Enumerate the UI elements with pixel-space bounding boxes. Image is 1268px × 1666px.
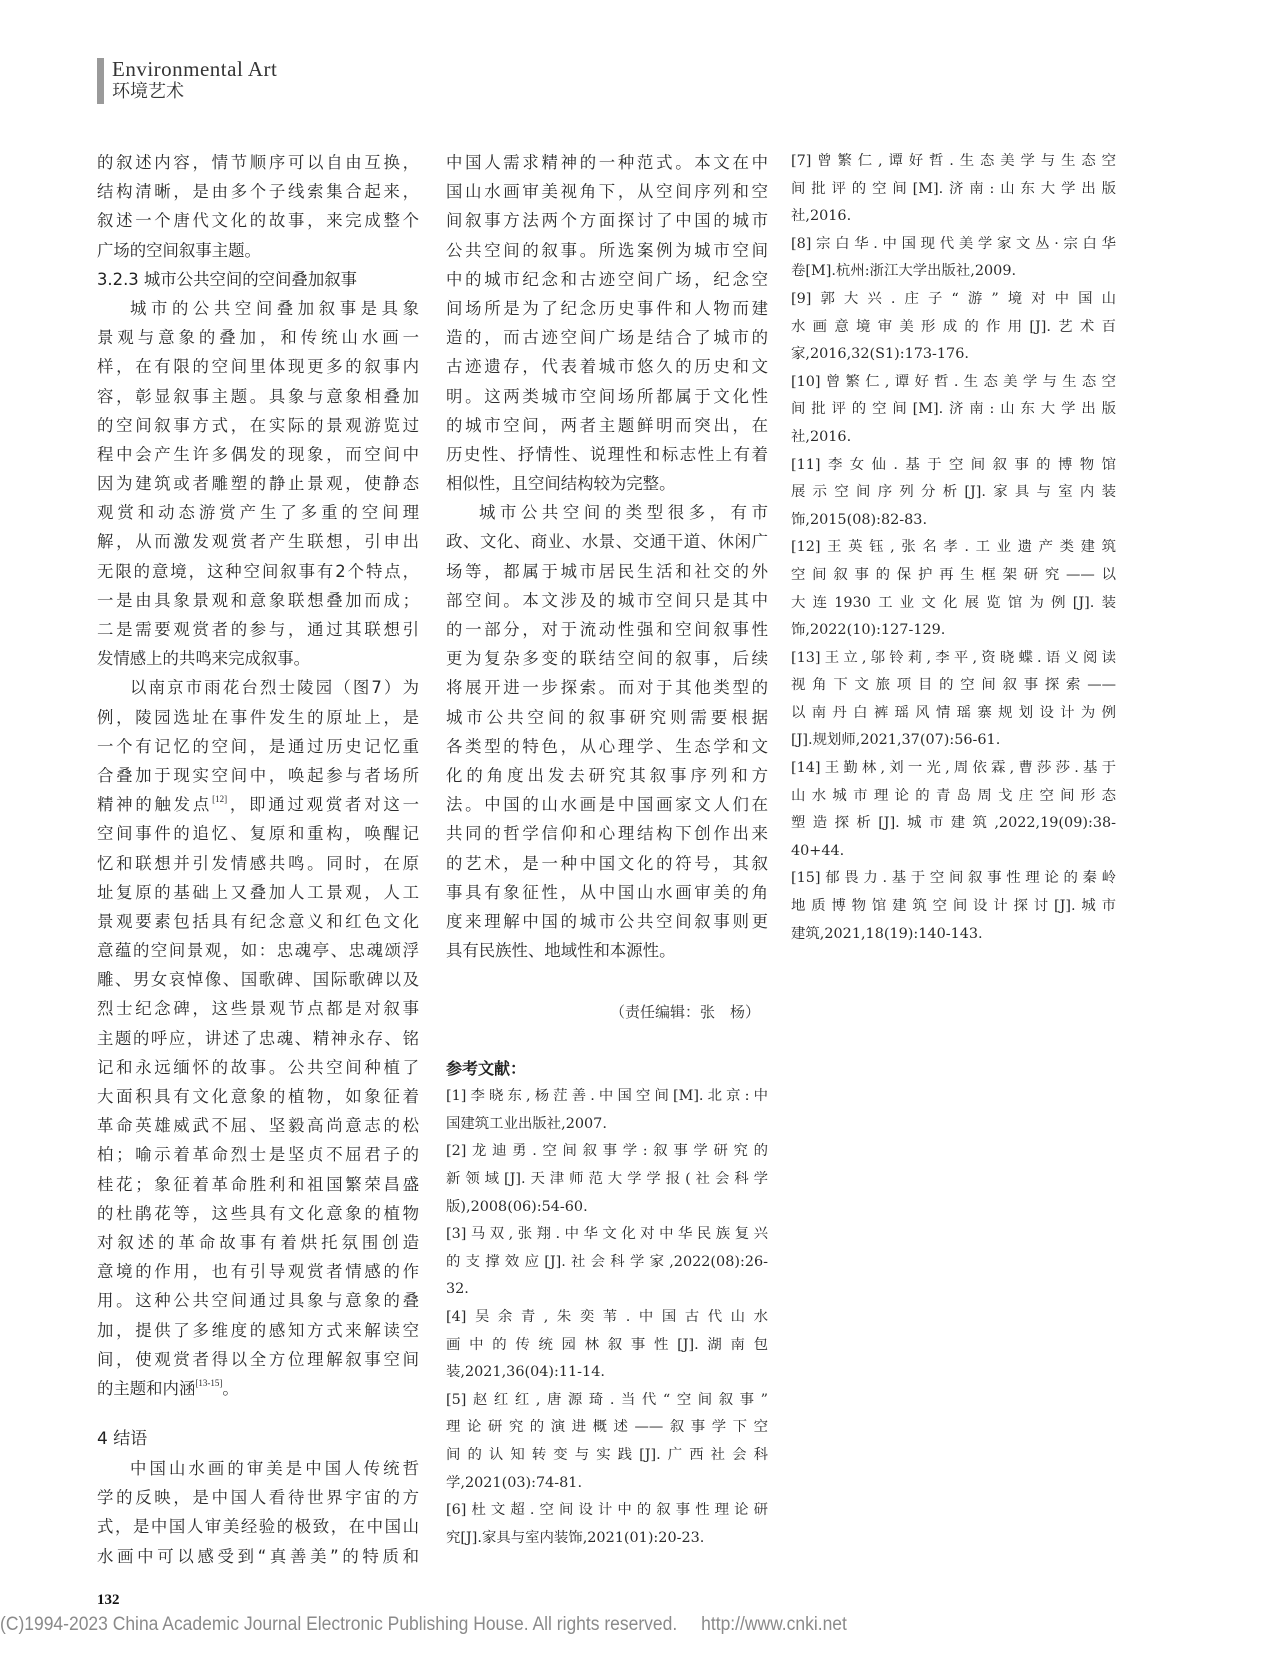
citation-link[interactable]: [12] [212,794,227,804]
text-line: 叙述一个唐代文化的故事，来完成整个 [97,206,419,235]
text-line: 造的，而古迹空间广场是结合了城市的 [446,323,768,352]
reference-line: 建筑,2021,18(19):140-143. [791,921,1116,949]
column-left: 的叙述内容，情节顺序可以自由互换， 结构清晰，是由多个子线索集合起来， 叙述一个… [97,148,419,1571]
text-line: 更为复杂多变的联结空间的叙事，后续 [446,644,768,673]
reference-line: 究[J].家具与室内装饰,2021(01):20-23. [446,1525,768,1553]
text-line: 间叙事方法两个方面探讨了中国的城市 [446,206,768,235]
text-line: 柏；喻示着革命烈士是坚贞不屈君子的 [97,1140,419,1169]
text-line: 将展开进一步探索。而对于其他类型的 [446,673,768,702]
reference-line: 的支撑效应[J].社会科学家,2022(08):26- [446,1249,768,1277]
reference-line: [11]李女仙.基于空间叙事的博物馆 [791,452,1116,480]
text-span: 。 [222,1379,238,1398]
text-line: 公共空间的叙事。所选案例为城市空间 [446,236,768,265]
text-line: 的艺术，是一种中国文化的符号，其叙 [446,849,768,878]
reference-item-7[interactable]: [7]曾繁仁,谭好哲.生态美学与生态空 间批评的空间[M].济南:山东大学出版 … [791,148,1116,231]
text-line: 大面积具有文化意象的植物，如象征着 [97,1082,419,1111]
text-line: 间，使观赏者得以全方位理解叙事空间 [97,1345,419,1374]
text-line: 度来理解中国的城市公共空间叙事则更 [446,907,768,936]
reference-line: 社,2016. [791,203,1116,231]
copyright-text: (C)1994-2023 China Academic Journal Elec… [0,1614,677,1635]
reference-line: 间的认知转变与实践[J].广西社会科 [446,1442,768,1470]
reference-list-part2: [7]曾繁仁,谭好哲.生态美学与生态空 间批评的空间[M].济南:山东大学出版 … [791,148,1116,948]
text-line: 相似性，且空间结构较为完整。 [446,469,768,498]
text-line: 结构清晰，是由多个子线索集合起来， [97,177,419,206]
reference-line: 装,2021,36(04):11-14. [446,1359,768,1387]
reference-line: [6]杜文超.空间设计中的叙事性理论研 [446,1497,768,1525]
text-line: 国山水画审美视角下，从空间序列和空 [446,177,768,206]
text-span: ，即通过观赏者对这一 [227,795,419,814]
text-line: 景观与意象的叠加，和传统山水画一 [97,323,419,352]
text-line: 空间事件的追忆、复原和重构，唤醒记 [97,819,419,848]
text-line: 程中会产生许多偶发的现象，而空间中 [97,440,419,469]
text-line: 学的反映，是中国人看待世界宇宙的方 [97,1483,419,1512]
reference-line: 饰,2015(08):82-83. [791,507,1116,535]
text-line: 具有民族性、地域性和本源性。 [446,936,768,965]
text-line: 中的城市纪念和古迹空间广场，纪念空 [446,265,768,294]
text-line: 主题的呼应，讲述了忠魂、精神永存、铭 [97,1024,419,1053]
reference-line: [15]郁畏力.基于空间叙事性理论的秦岭 [791,865,1116,893]
text-line: 历史性、抒情性、说理性和标志性上有着 [446,440,768,469]
reference-line: 国建筑工业出版社,2007. [446,1111,768,1139]
reference-line: 40+44. [791,838,1116,866]
journal-section-header: Environmental Art 环境艺术 [97,58,277,104]
reference-item-14[interactable]: [14]王勤林,刘一光,周依霖,曹莎莎.基于 山水城市理论的青岛周戈庄空间形态 … [791,755,1116,865]
responsible-editor-note: （责任编辑：张 杨） [446,997,768,1027]
reference-line: [7]曾繁仁,谭好哲.生态美学与生态空 [791,148,1116,176]
text-line: 场等，都属于城市居民生活和社交的外 [446,557,768,586]
text-line: 明。这两类城市空间场所都属于文化性 [446,382,768,411]
text-line: 革命英雄威武不屈、坚毅高尚意志的松 [97,1111,419,1140]
text-line: 城市公共空间的类型很多，有市 [446,498,768,527]
reference-line: 社,2016. [791,424,1116,452]
reference-line: [10]曾繁仁,谭好哲.生态美学与生态空 [791,369,1116,397]
reference-item-5[interactable]: [5]赵红红,唐源琦.当代“空间叙事” 理论研究的演进概述——叙事学下空 间的认… [446,1387,768,1497]
reference-line: [9]郭大兴.庄子“游”境对中国山 [791,286,1116,314]
reference-line: 版),2008(06):54-60. [446,1194,768,1222]
reference-line: 卷[M].杭州:浙江大学出版社,2009. [791,258,1116,286]
reference-line: 理论研究的演进概述——叙事学下空 [446,1414,768,1442]
text-line: 中国人需求精神的一种范式。本文在中 [446,148,768,177]
text-line: 址复原的基础上又叠加人工景观，人工 [97,878,419,907]
column-right: [7]曾繁仁,谭好哲.生态美学与生态空 间批评的空间[M].济南:山东大学出版 … [791,148,1116,948]
reference-line: [5]赵红红,唐源琦.当代“空间叙事” [446,1387,768,1415]
section-title-english: Environmental Art [112,58,277,80]
text-line: 式，是中国人审美经验的极致，在中国山 [97,1512,419,1541]
reference-line: 山水城市理论的青岛周戈庄空间形态 [791,783,1116,811]
section-heading-conclusion: 4 结语 [97,1425,419,1454]
text-line: 的一部分，对于流动性强和空间叙事性 [446,615,768,644]
page-number: 132 [97,1592,120,1609]
text-line: 用。这种公共空间通过具象与意象的叠 [97,1286,419,1315]
text-span: 的主题和内涵 [97,1379,195,1398]
text-line: 烈士纪念碑，这些景观节点都是对叙事 [97,994,419,1023]
text-line: 政、文化、商业、水景、交通干道、休闲广 [446,527,768,556]
text-line: 部空间。本文涉及的城市空间只是其中 [446,586,768,615]
text-line: 的杜鹃花等，这些具有文化意象的植物 [97,1199,419,1228]
reference-item-2[interactable]: [2]龙迪勇.空间叙事学:叙事学研究的 新领域[J].天津师范大学学报(社会科学… [446,1138,768,1221]
paragraph-yuhuatai-example: 以南京市雨花台烈士陵园（图7）为 例，陵园选址在事件发生的原址上，是 一个有记忆… [97,673,419,1403]
text-line: 古迹遗存，代表着城市悠久的历史和文 [446,352,768,381]
text-line: 景观要素包括具有纪念意义和红色文化 [97,907,419,936]
reference-item-15[interactable]: [15]郁畏力.基于空间叙事性理论的秦岭 地质博物馆建筑空间设计探讨[J].城市… [791,865,1116,948]
reference-line: 饰,2022(10):127-129. [791,617,1116,645]
text-line: 各类型的特色，从心理学、生态学和文 [446,732,768,761]
reference-item-8[interactable]: [8]宗白华.中国现代美学家文丛·宗白华 卷[M].杭州:浙江大学出版社,200… [791,231,1116,286]
reference-line: 家,2016,32(S1):173-176. [791,341,1116,369]
reference-line: [13]王立,邬铃莉,李平,资晓蝶.语义阅读 [791,645,1116,673]
reference-line: 学,2021(03):74-81. [446,1470,768,1498]
text-line: 二是需要观赏者的参与，通过其联想引 [97,615,419,644]
reference-line: [8]宗白华.中国现代美学家文丛·宗白华 [791,231,1116,259]
text-line-with-citation: 的主题和内涵[13-15]。 [97,1374,419,1403]
reference-line: 大连1930工业文化展览馆为例[J].装 [791,590,1116,618]
text-line: 雕、男女哀悼像、国歌碑、国际歌碑以及 [97,965,419,994]
text-line-with-citation: 精神的触发点[12]，即通过观赏者对这一 [97,790,419,819]
text-line: 意蕴的空间景观，如：忠魂亭、忠魂颂浮 [97,936,419,965]
text-line: 对叙述的革命故事有着烘托氛围创造 [97,1228,419,1257]
reference-line: 水画意境审美形成的作用[J].艺术百 [791,314,1116,342]
reference-line: 画中的传统园林叙事性[J].湖南包 [446,1332,768,1360]
reference-item-4[interactable]: [4]吴余青,朱奕苇.中国古代山水 画中的传统园林叙事性[J].湖南包 装,20… [446,1304,768,1387]
copyright-footer: (C)1994-2023 China Academic Journal Elec… [0,1614,847,1636]
reference-line: 以南丹白裤瑶风情瑶寨规划设计为例 [791,700,1116,728]
paragraph-conclusion: 中国山水画的审美是中国人传统哲 学的反映，是中国人看待世界宇宙的方 式，是中国人… [97,1454,419,1571]
subsection-heading: 3.2.3 城市公共空间的空间叠加叙事 [97,265,419,294]
references-heading: 参考文献： [446,1055,768,1083]
text-line: 意境的作用，也有引导观赏者情感的作 [97,1257,419,1286]
reference-line: 地质博物馆建筑空间设计探讨[J].城市 [791,893,1116,921]
text-line: 例，陵园选址在事件发生的原址上，是 [97,703,419,732]
reference-item-3[interactable]: [3]马双,张翔.中华文化对中华民族复兴 的支撑效应[J].社会科学家,2022… [446,1221,768,1304]
text-line: 因为建筑或者雕塑的静止景观，使静态 [97,469,419,498]
reference-line: 塑造探析[J].城市建筑,2022,19(09):38- [791,810,1116,838]
text-line: 间场所是为了纪念历史事件和人物而建 [446,294,768,323]
reference-item-10[interactable]: [10]曾繁仁,谭好哲.生态美学与生态空 间批评的空间[M].济南:山东大学出版… [791,369,1116,452]
reference-item-6[interactable]: [6]杜文超.空间设计中的叙事性理论研 究[J].家具与室内装饰,2021(01… [446,1497,768,1552]
reference-list-part1: [1]李晓东,杨茳善.中国空间[M].北京:中 国建筑工业出版社,2007. [… [446,1083,768,1552]
text-line: 样，在有限的空间里体现更多的叙事内 [97,352,419,381]
reference-line: [4]吴余青,朱奕苇.中国古代山水 [446,1304,768,1332]
reference-line: 展示空间序列分析[J].家具与室内装 [791,479,1116,507]
reference-line: 间批评的空间[M].济南:山东大学出版 [791,396,1116,424]
reference-line: 32. [446,1276,768,1304]
citation-link[interactable]: [13-15] [195,1378,222,1388]
text-line: 广场的空间叙事主题。 [97,236,419,265]
text-line: 事具有象征性，从中国山水画审美的角 [446,878,768,907]
text-line: 以南京市雨花台烈士陵园（图7）为 [97,673,419,702]
reference-line: 视角下文旅项目的空间叙事探索—— [791,672,1116,700]
reference-line: [14]王勤林,刘一光,周依霖,曹莎莎.基于 [791,755,1116,783]
text-line: 的空间叙事方式，在实际的景观游览过 [97,411,419,440]
text-line: 记和永远缅怀的故事。公共空间种植了 [97,1053,419,1082]
text-line: 观赏和动态游赏产生了多重的空间理 [97,498,419,527]
reference-line: [2]龙迪勇.空间叙事学:叙事学研究的 [446,1138,768,1166]
reference-item-11[interactable]: [11]李女仙.基于空间叙事的博物馆 展示空间序列分析[J].家具与室内装 饰,… [791,452,1116,535]
paragraph-public-space-types: 城市公共空间的类型很多，有市 政、文化、商业、水景、交通干道、休闲广 场等，都属… [446,498,768,965]
reference-line: 新领域[J].天津师范大学学报(社会科学 [446,1166,768,1194]
text-line: 一是由具象景观和意象联想叠加而成； [97,586,419,615]
text-line: 法。中国的山水画是中国画家文人们在 [446,790,768,819]
reference-line: [J].规划师,2021,37(07):56-61. [791,727,1116,755]
text-line: 解，从而激发观赏者产生联想，引申出 [97,527,419,556]
reference-item-12[interactable]: [12]王英钰,张名孝.工业遗产类建筑 空间叙事的保护再生框架研究——以 大连1… [791,534,1116,644]
cnki-link[interactable]: http://www.cnki.net [701,1614,847,1635]
text-line: 忆和联想并引发情感共鸣。同时，在原 [97,849,419,878]
text-line: 共同的哲学信仰和心理结构下创作出来 [446,819,768,848]
paragraph-overlay-narrative: 城市的公共空间叠加叙事是具象 景观与意象的叠加，和传统山水画一 样，在有限的空间… [97,294,419,673]
reference-line: [3]马双,张翔.中华文化对中华民族复兴 [446,1221,768,1249]
text-line: 一个有记忆的空间，是通过历史记忆重 [97,732,419,761]
text-line: 的叙述内容，情节顺序可以自由互换， [97,148,419,177]
reference-item-1[interactable]: [1]李晓东,杨茳善.中国空间[M].北京:中 国建筑工业出版社,2007. [446,1083,768,1138]
reference-line: 空间叙事的保护再生框架研究——以 [791,562,1116,590]
column-middle: 中国人需求精神的一种范式。本文在中 国山水画审美视角下，从空间序列和空 间叙事方… [446,148,768,1552]
text-line: 加，提供了多维度的感知方式来解读空 [97,1316,419,1345]
text-line: 化的角度出发去研究其叙事序列和方 [446,761,768,790]
text-line: 中国山水画的审美是中国人传统哲 [97,1454,419,1483]
text-line: 桂花；象征着革命胜利和祖国繁荣昌盛 [97,1170,419,1199]
reference-item-9[interactable]: [9]郭大兴.庄子“游”境对中国山 水画意境审美形成的作用[J].艺术百 家,2… [791,286,1116,369]
text-line: 容，彰显叙事主题。具象与意象相叠加 [97,382,419,411]
text-line: 无限的意境，这种空间叙事有2个特点， [97,557,419,586]
continued-paragraph: 的叙述内容，情节顺序可以自由互换， 结构清晰，是由多个子线索集合起来， 叙述一个… [97,148,419,265]
reference-line: [12]王英钰,张名孝.工业遗产类建筑 [791,534,1116,562]
text-line: 的城市空间，两者主题鲜明而突出，在 [446,411,768,440]
text-span: 精神的触发点 [97,795,212,814]
section-title-chinese: 环境艺术 [112,80,277,104]
text-line: 合叠加于现实空间中，唤起参与者场所 [97,761,419,790]
text-line: 城市的公共空间叠加叙事是具象 [97,294,419,323]
text-line: 发情感上的共鸣来完成叙事。 [97,644,419,673]
paragraph-conclusion-cont: 中国人需求精神的一种范式。本文在中 国山水画审美视角下，从空间序列和空 间叙事方… [446,148,768,498]
text-line: 水画中可以感受到“真善美”的特质和 [97,1542,419,1571]
reference-line: [1]李晓东,杨茳善.中国空间[M].北京:中 [446,1083,768,1111]
reference-line: 间批评的空间[M].济南:山东大学出版 [791,176,1116,204]
text-line: 城市公共空间的叙事研究则需要根据 [446,703,768,732]
reference-item-13[interactable]: [13]王立,邬铃莉,李平,资晓蝶.语义阅读 视角下文旅项目的空间叙事探索—— … [791,645,1116,755]
